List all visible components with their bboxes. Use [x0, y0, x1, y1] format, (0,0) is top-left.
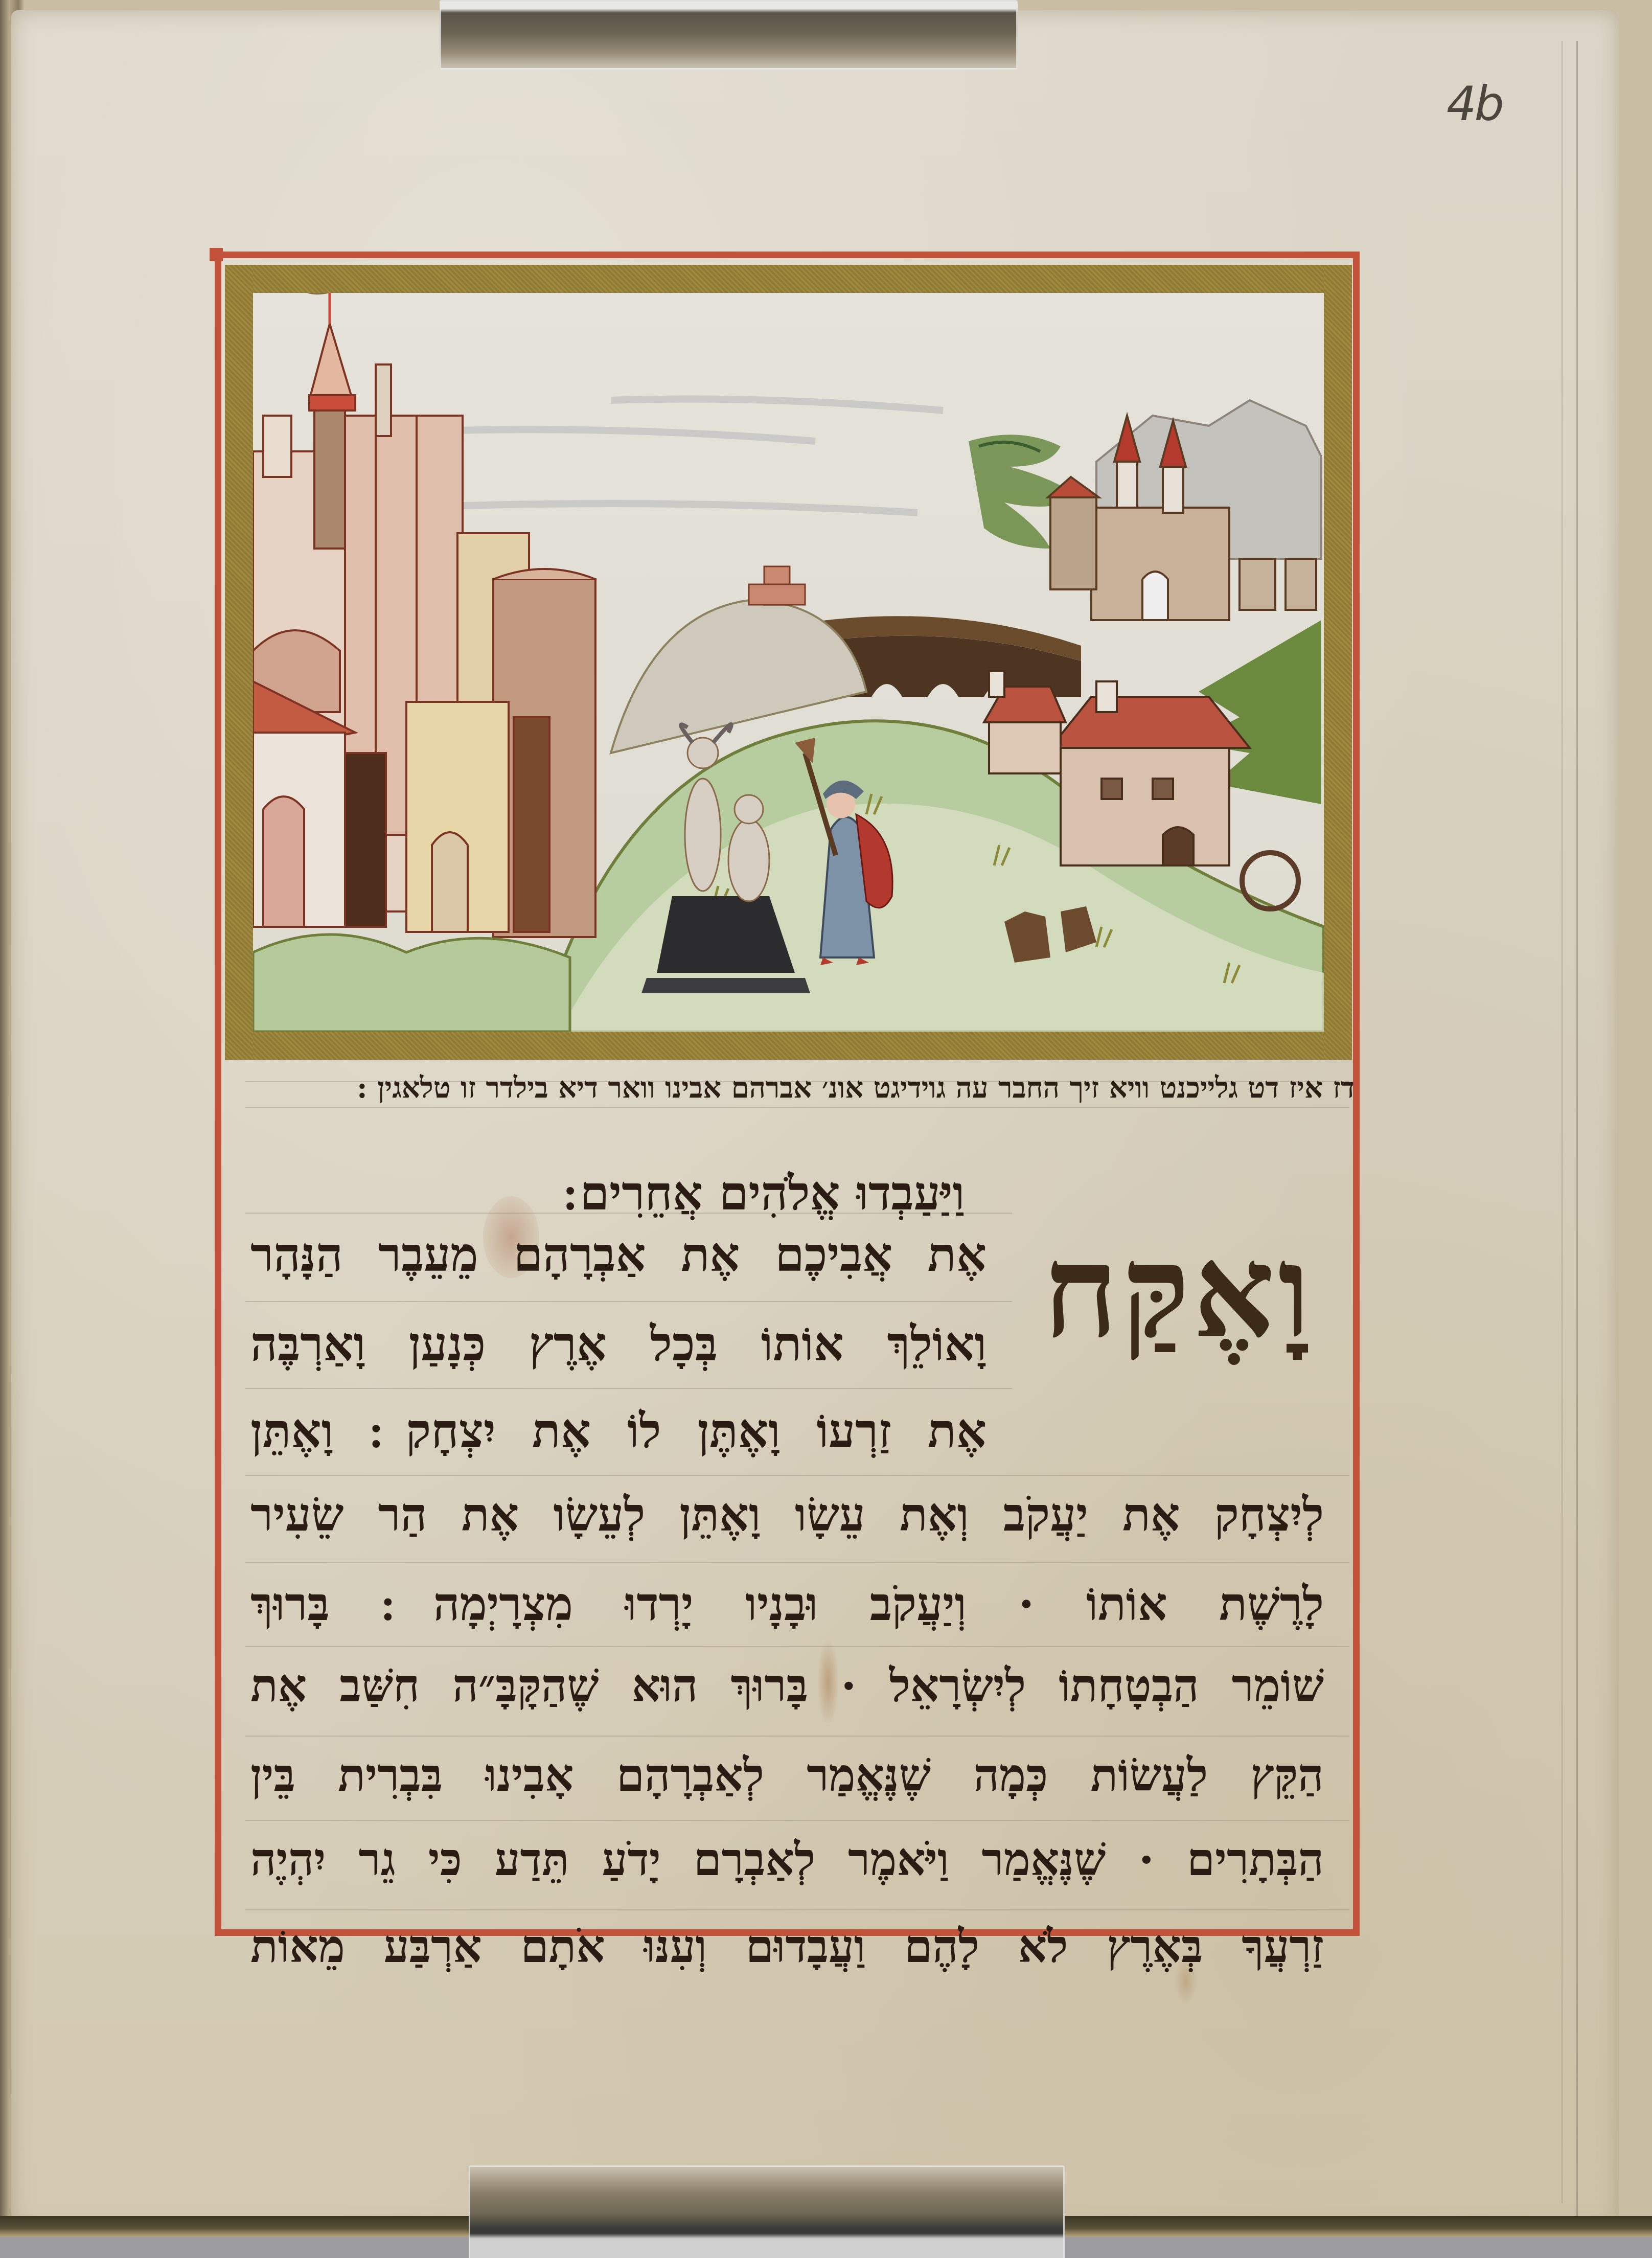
- ruling-line: [245, 1646, 1349, 1647]
- text-line: אֶת זַרְעוֹ וָאֶתֶּן לוֹ אֶת יִצְחָק ׃ ו…: [250, 1403, 986, 1458]
- miniature-illustration: [253, 293, 1324, 1032]
- ruling-line: [245, 1909, 1349, 1910]
- foreground-bushes: [253, 934, 570, 1032]
- ruling-line: [245, 1820, 1349, 1821]
- folio-number: 4b: [1447, 77, 1502, 131]
- text-line: הַבְּתָרִים · שֶׁנֶּאֱמַר וַיֹּאמֶר לְאַ…: [250, 1833, 1324, 1886]
- text-line: לְיִצְחָק אֶת יַעֲקֹב וְאֶת עֵשָׂו וָאֶת…: [250, 1488, 1324, 1542]
- ruling-line: [245, 1301, 1012, 1302]
- city-castle: [253, 293, 595, 937]
- ruling-line: [245, 1736, 1349, 1737]
- text-line: זַרְעֲךָ בְּאֶרֶץ לֹא לָהֶם וַעֲבָדוּם ו…: [250, 1920, 1324, 1973]
- hill-tower: [749, 566, 805, 605]
- text-line: שׁוֹמֵר הַבְטָחָתוֹ לְיִשְׂרָאֵל · בָּרו…: [250, 1659, 1324, 1713]
- text-line: אֶת אֲבִיכֶם אֶת אַבְרָהָם מֵעֵבֶר הַנָּ…: [250, 1227, 986, 1282]
- text-line: הַקֵּץ לַעֲשׂוֹת כְּמָה שֶׁנֶּאֱמַר לְאַ…: [250, 1748, 1324, 1802]
- text-heading: וַיַּעַבְדוּ אֱלֹהִים אֲחֵרִים ׃: [542, 1166, 986, 1221]
- water-wheel: [1242, 853, 1298, 909]
- frame-corner: [210, 248, 223, 261]
- ruling-line: [245, 1475, 1349, 1476]
- ruling-line: [245, 1388, 1012, 1389]
- initial-word: וָאֶקַּח: [1032, 1227, 1324, 1355]
- pennant-flag: [299, 293, 330, 294]
- ruling-line: [245, 1562, 1349, 1563]
- text-line: לָרֶשֶׁת אוֹתוֹ · וְיַעֲקֹב וּבָנָיו יָר…: [250, 1577, 1324, 1631]
- illustration-scene: [253, 293, 1324, 1032]
- page-edge-line: [1562, 41, 1563, 2203]
- text-line: וָאוֹלֵךְ אוֹתוֹ בְּכָל אֶרֶץ כְּנָעַן ו…: [250, 1316, 986, 1372]
- top-mounting-clip: [440, 0, 1018, 70]
- page-edge-line: [1576, 41, 1578, 2219]
- illustration-caption: דז איז דט גלייכנט וויא זיך החבר עה גוידי…: [245, 1071, 1355, 1112]
- bottom-mounting-clip: [469, 2165, 1065, 2258]
